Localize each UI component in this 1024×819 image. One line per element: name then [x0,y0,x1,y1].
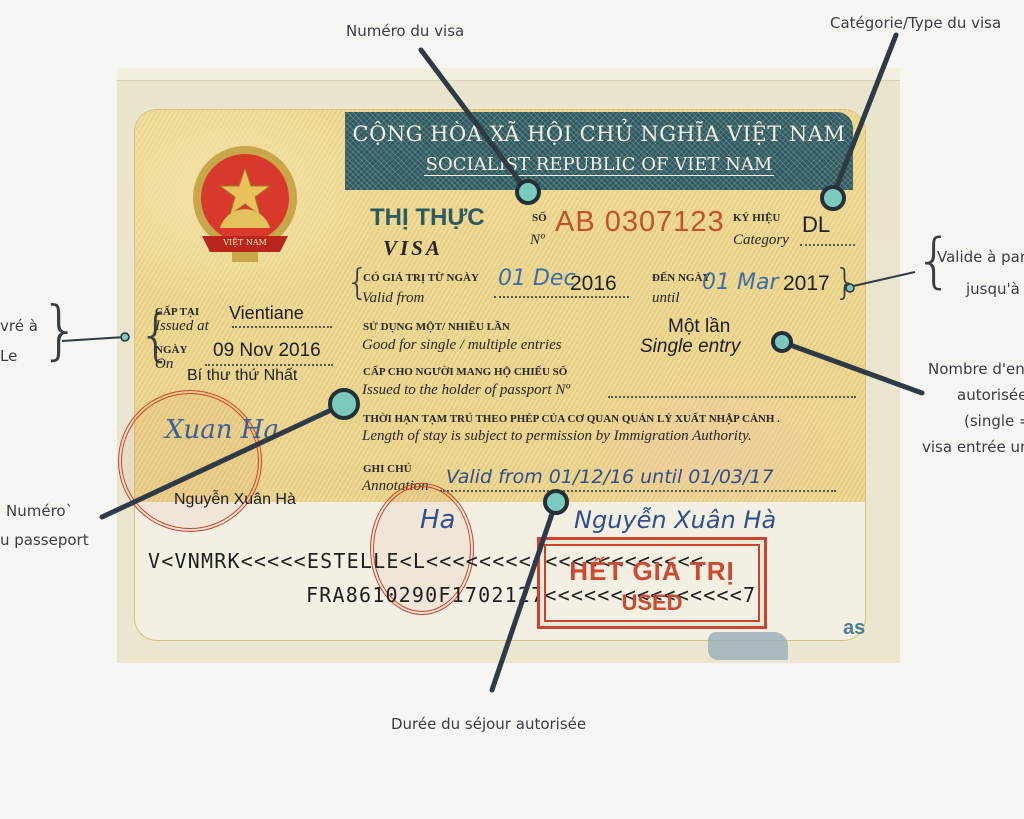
entries-value-vi: Một lần [668,316,730,338]
annotation-visa-number: Numéro du visa [346,22,464,40]
entries-label-vi: SỬ DỤNG MỘT/ NHIỀU LẦN [363,321,510,333]
officer-signature: Ha [420,505,455,535]
country-name-vi: CỘNG HÒA XÃ HỘI CHỦ NGHĨA VIỆT NAM [345,122,853,146]
validity-brace-right: } [834,262,857,303]
valid-from-dotted-line [494,296,629,298]
annotation-dotted-line [440,490,836,492]
used-stamp-vi: HẾT GIÁ TRỊ [540,556,764,587]
issued-at-label-vi: CẤP TẠI [155,306,199,318]
until-year: 2017 [783,272,830,296]
issued-on-value: 09 Nov 2016 [213,340,321,362]
country-header-banner: CỘNG HÒA XÃ HỘI CHỦ NGHĨA VIỆT NAM SOCIA… [345,112,853,190]
annotation-entries-2: autorisée [957,386,1024,404]
issued-on-label-vi: NGÀY [155,344,187,356]
annotation-entries-1: Nombre d'ent [928,360,1024,378]
annotation-validity-2: jusqu'à [966,280,1020,298]
passport-label-en: Issued to the holder of passport Nº [362,382,570,399]
issued-on-dotted-line [205,364,333,366]
consular-stamp-left [118,390,262,532]
visa-category: DL [802,212,830,238]
visa-number-label-en: Nº [530,232,545,249]
issued-on-label-en: On [155,356,173,373]
signatory-name: Nguyễn Xuân Hà [174,491,296,509]
issued-at-value: Vientiane [229,303,304,324]
annotation-handwritten: Valid from 01/12/16 until 01/03/17 [446,466,774,488]
visa-number: AB 0307123 [555,206,725,239]
national-emblem: VIỆT NAM [180,140,310,270]
emblem-label: VIỆT NAM [180,238,310,247]
used-stamp: HẾT GIÁ TRỊ USED [537,537,767,629]
annotation-entries-3: (single = [964,412,1024,430]
valid-from-label-vi: CÓ GIÁ TRỊ TỪ NGÀY [363,272,479,284]
stay-label-vi: THỜI HẠN TẠM TRÚ THEO PHÉP CỦA CƠ QUAN Q… [363,413,780,425]
officer-signature-name: Nguyễn Xuân Hà [574,506,776,534]
stay-label-en: Length of stay is subject to permission … [362,428,752,445]
valid-from-year: 2016 [570,272,617,296]
annotation-visa-category: Catégorie/Type du visa [830,14,1001,32]
signatory-signature: Xuan Ha [165,415,279,445]
passport-label-vi: CẤP CHO NGƯỜI MANG HỘ CHIẾU SỐ [363,366,567,378]
emblem-icon [180,140,310,270]
annotation-passport-1: Numéro` [6,502,73,520]
issued-at-label-en: Issued at [155,318,209,335]
annotation-stay-duration: Durée du séjour autorisée [391,715,586,733]
annotation-passport-2: u passeport [0,531,89,549]
visa-title-vi: THỊ THỰC [370,204,485,232]
until-handwritten: 01 Mar [702,270,779,295]
annotation-validity-1: Valide à par [937,248,1024,266]
category-dotted-line [800,244,855,246]
category-label-en: Category [733,232,789,249]
annotation-entries-4: visa entrée un [922,438,1024,456]
used-stamp-en: USED [540,590,764,616]
signatory-title: Bí thư thứ Nhất [187,367,297,385]
until-label-en: until [652,290,680,307]
issued-at-dotted-line [232,326,332,328]
map-fragment [708,632,788,660]
page-corner-text: as [843,617,865,640]
passport-dotted-line [608,396,856,398]
visa-number-label-vi: SỐ [532,212,547,224]
valid-from-handwritten: 01 Dec [498,266,576,291]
category-label-vi: KÝ HIỆU [733,212,780,224]
annotation-label-vi: GHI CHÚ [363,463,412,475]
annotation-issued-1: vré à [0,317,38,335]
issued-annotation-brace: } [40,294,81,368]
entries-label-en: Good for single / multiple entries [362,337,562,354]
valid-from-label-en: Valid from [362,290,424,307]
visa-title-en: VISA [383,236,443,261]
entries-value-en: Single entry [640,336,740,358]
annotation-issued-2: Le [0,347,17,365]
country-name-en: SOCIALIST REPUBLIC OF VIET NAM [424,154,775,176]
